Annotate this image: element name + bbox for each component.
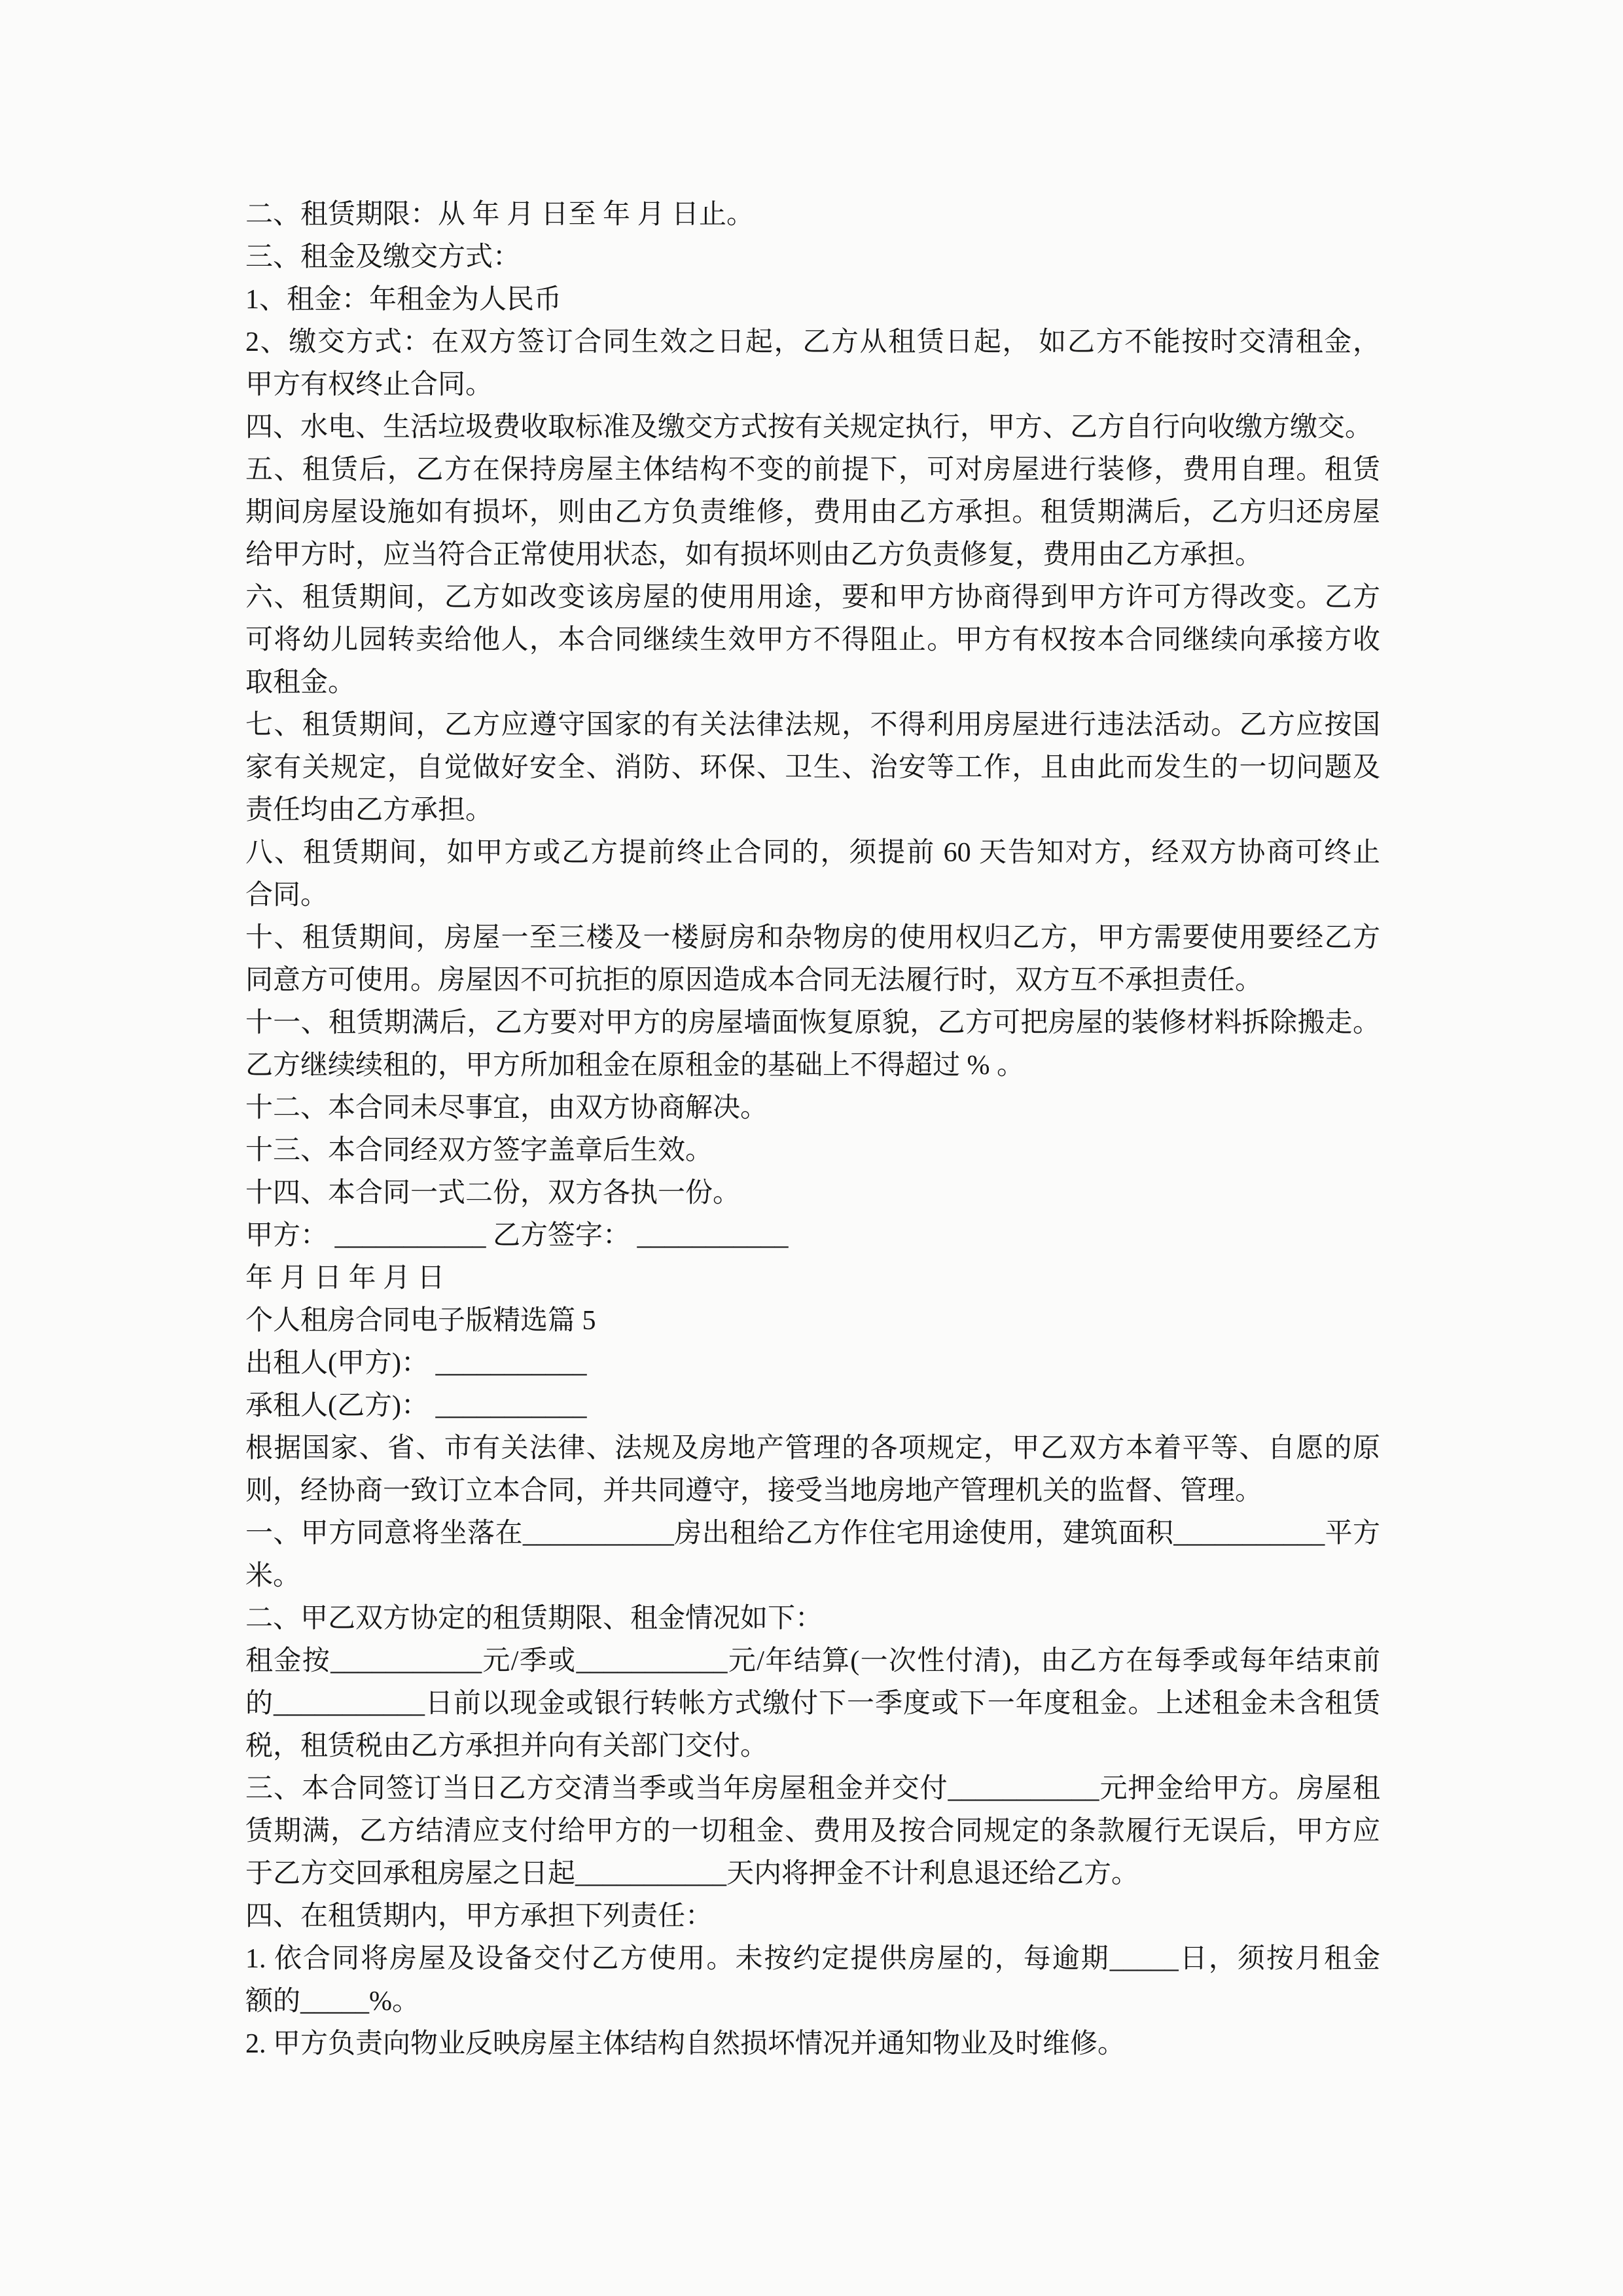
contract-line: 2. 甲方负责向物业反映房屋主体结构自然损坏情况并通知物业及时维修。: [245, 2023, 1380, 2066]
contract-line: 十三、本合同经双方签字盖章后生效。: [245, 1130, 1380, 1172]
contract-line: 三、本合同签订当日乙方交清当季或当年房屋租金并交付___________元押金给…: [245, 1768, 1380, 1810]
document-page: { "page": { "background_color": "#fbfbfa…: [0, 0, 1623, 2296]
contract-line: 2、缴交方式：在双方签订合同生效之日起，乙方从租赁日起， 如乙方不能按时交清租金…: [245, 321, 1380, 364]
contract-line: 十一、租赁期满后，乙方要对甲方的房屋墙面恢复原貌，乙方可把房屋的装修材料拆除搬走…: [245, 1002, 1380, 1045]
contract-line: 八、租赁期间，如甲方或乙方提前终止合同的，须提前 60 天告知对方，经双方协商可…: [245, 832, 1380, 874]
contract-line: 甲方： ___________ 乙方签字： ___________: [245, 1215, 1380, 1257]
contract-line: 十四、本合同一式二份，双方各执一份。: [245, 1172, 1380, 1215]
contract-line: 四、在租赁期内，甲方承担下列责任：: [245, 1895, 1380, 1938]
contract-line: 1. 依合同将房屋及设备交付乙方使用。未按约定提供房屋的，每逾期_____日，须…: [245, 1938, 1380, 1981]
contract-line: 责任均由乙方承担。: [245, 789, 1380, 832]
contract-line: 合同。: [245, 874, 1380, 917]
contract-line: 可将幼儿园转卖给他人，本合同继续生效甲方不得阻止。甲方有权按本合同继续向承接方收: [245, 619, 1380, 662]
contract-paper: 二、租赁期限：从 年 月 日至 年 月 日止。三、租金及缴交方式：1、租金：年租…: [0, 0, 1623, 2296]
contract-line: 根据国家、省、市有关法律、法规及房地产管理的各项规定，甲乙双方本着平等、自愿的原: [245, 1427, 1380, 1470]
contract-line: 十、租赁期间，房屋一至三楼及一楼厨房和杂物房的使用权归乙方，甲方需要使用要经乙方: [245, 917, 1380, 960]
contract-line: 七、租赁期间，乙方应遵守国家的有关法律法规，不得利用房屋进行违法活动。乙方应按国: [245, 704, 1380, 747]
contract-line: 则，经协商一致订立本合同，并共同遵守，接受当地房地产管理机关的监督、管理。: [245, 1470, 1380, 1513]
contract-line: 三、租金及缴交方式：: [245, 236, 1380, 279]
contract-line: 承租人(乙方)： ___________: [245, 1385, 1380, 1427]
contract-line: 个人租房合同电子版精选篇 5: [245, 1300, 1380, 1342]
contract-line: 同意方可使用。房屋因不可抗拒的原因造成本合同无法履行时，双方互不承担责任。: [245, 960, 1380, 1002]
contract-line: 乙方继续续租的，甲方所加租金在原租金的基础上不得超过 % 。: [245, 1045, 1380, 1087]
contract-line: 家有关规定，自觉做好安全、消防、环保、卫生、治安等工作，且由此而发生的一切问题及: [245, 747, 1380, 789]
contract-line: 出租人(甲方)： ___________: [245, 1342, 1380, 1385]
contract-line: 期间房屋设施如有损坏，则由乙方负责维修，费用由乙方承担。租赁期满后，乙方归还房屋: [245, 492, 1380, 534]
contract-line: 额的_____%。: [245, 1981, 1380, 2023]
contract-line: 给甲方时，应当符合正常使用状态，如有损坏则由乙方负责修复，费用由乙方承担。: [245, 534, 1380, 577]
contract-line: 六、租赁期间，乙方如改变该房屋的使用用途，要和甲方协商得到甲方许可方得改变。乙方: [245, 577, 1380, 619]
contract-line: 米。: [245, 1555, 1380, 1598]
contract-line: 1、租金：年租金为人民币: [245, 279, 1380, 321]
contract-line: 年 月 日 年 月 日: [245, 1257, 1380, 1300]
contract-line: 税，租赁税由乙方承担并向有关部门交付。: [245, 1725, 1380, 1768]
contract-line: 取租金。: [245, 662, 1380, 704]
contract-text-block: 二、租赁期限：从 年 月 日至 年 月 日止。三、租金及缴交方式：1、租金：年租…: [245, 194, 1380, 2066]
contract-line: 二、租赁期限：从 年 月 日至 年 月 日止。: [245, 194, 1380, 236]
contract-line: 的___________日前以现金或银行转帐方式缴付下一季度或下一年度租金。上述…: [245, 1683, 1380, 1725]
contract-line: 赁期满，乙方结清应支付给甲方的一切租金、费用及按合同规定的条款履行无误后，甲方应: [245, 1810, 1380, 1853]
contract-line: 五、租赁后，乙方在保持房屋主体结构不变的前提下，可对房屋进行装修，费用自理。租赁: [245, 449, 1380, 492]
contract-line: 四、水电、生活垃圾费收取标准及缴交方式按有关规定执行，甲方、乙方自行向收缴方缴交…: [245, 406, 1380, 449]
contract-line: 二、甲乙双方协定的租赁期限、租金情况如下：: [245, 1598, 1380, 1640]
contract-line: 甲方有权终止合同。: [245, 364, 1380, 406]
contract-line: 于乙方交回承租房屋之日起___________天内将押金不计利息退还给乙方。: [245, 1853, 1380, 1895]
contract-line: 十二、本合同未尽事宜，由双方协商解决。: [245, 1087, 1380, 1130]
contract-line: 一、甲方同意将坐落在___________房出租给乙方作住宅用途使用，建筑面积_…: [245, 1513, 1380, 1555]
contract-line: 租金按___________元/季或___________元/年结算(一次性付清…: [245, 1640, 1380, 1683]
